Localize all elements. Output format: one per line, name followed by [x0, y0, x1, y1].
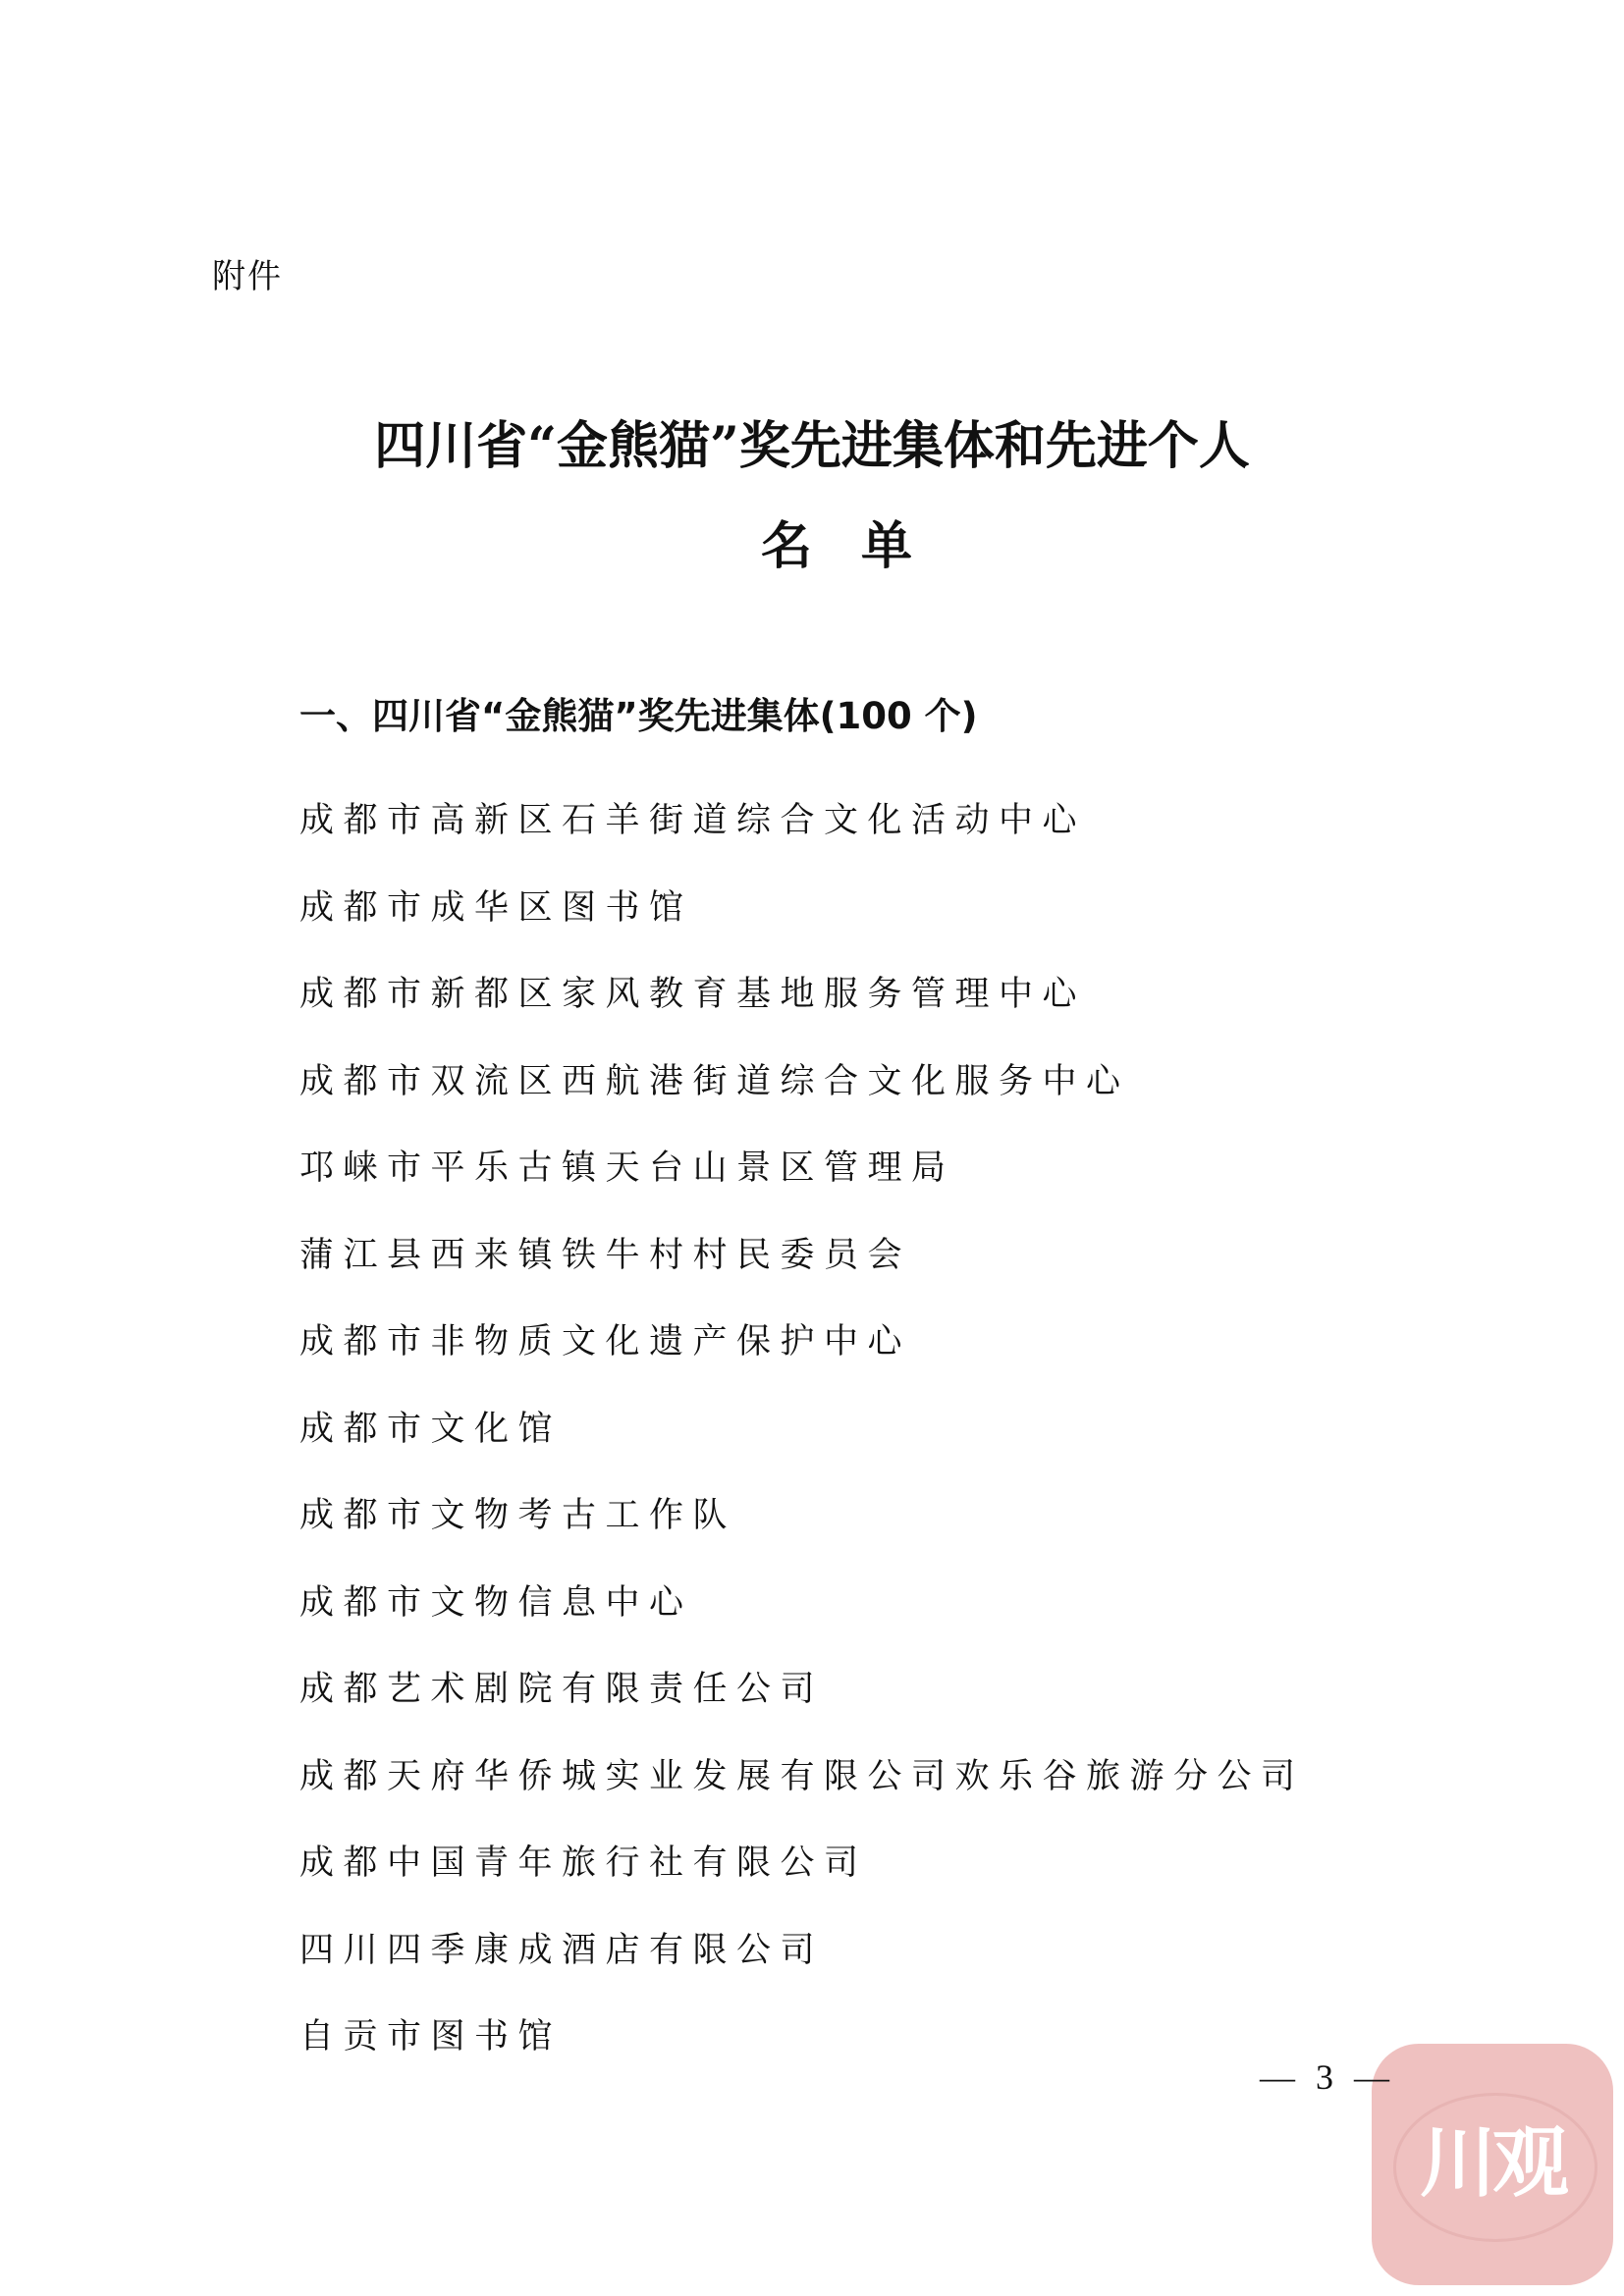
list-item: 成都市双流区西航港街道综合文化服务中心: [299, 1039, 1305, 1126]
attachment-label: 附件: [212, 253, 283, 300]
list-item: 成都天府华侨城实业发展有限公司欢乐谷旅游分公司: [299, 1734, 1305, 1821]
list-item: 成都市高新区石羊街道综合文化活动中心: [299, 777, 1305, 865]
list-item: 成都市非物质文化遗产保护中心: [299, 1299, 1305, 1386]
list-item: 成都市文化馆: [299, 1386, 1305, 1473]
list-item: 自贡市图书馆: [299, 1994, 1305, 2081]
chuanguan-watermark-logo: 川观: [1372, 2044, 1613, 2285]
list-item: 成都市成华区图书馆: [299, 865, 1305, 952]
list-item: 成都市文物信息中心: [299, 1560, 1305, 1647]
list-item: 邛崃市平乐古镇天台山景区管理局: [299, 1125, 1305, 1212]
advanced-collectives-list: 成都市高新区石羊街道综合文化活动中心 成都市成华区图书馆 成都市新都区家风教育基…: [299, 777, 1305, 2081]
list-item: 成都市文物考古工作队: [299, 1472, 1305, 1560]
page-number: — 3 —: [1260, 2056, 1395, 2099]
list-item: 成都市新都区家风教育基地服务管理中心: [299, 951, 1305, 1039]
document-title: 四川省“金熊猫”奖先进集体和先进个人: [0, 412, 1624, 481]
list-item: 成都中国青年旅行社有限公司: [299, 1820, 1305, 1907]
list-item: 四川四季康成酒店有限公司: [299, 1907, 1305, 1995]
list-item: 蒲江县西来镇铁牛村村民委员会: [299, 1212, 1305, 1300]
list-item: 成都艺术剧院有限责任公司: [299, 1646, 1305, 1734]
watermark-text: 川观: [1372, 2114, 1613, 2213]
document-title-line2: 名单: [0, 512, 1624, 581]
section-heading: 一、四川省“金熊猫”奖先进集体(100 个): [299, 691, 978, 742]
